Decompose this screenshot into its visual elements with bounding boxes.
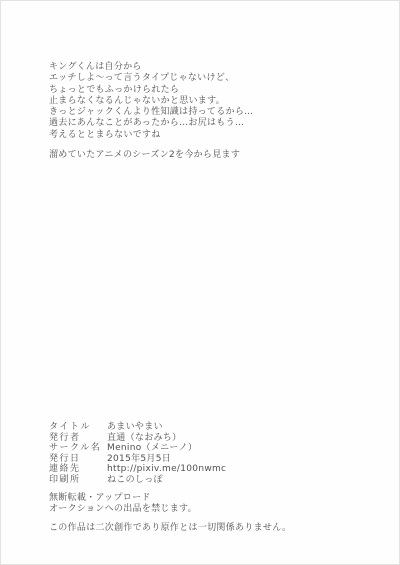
colophon-label: 連絡先	[49, 464, 107, 475]
colophon-row-circle: サークル名 Menino（メニーノ）	[49, 443, 226, 454]
afterword-line: 止まらなくなるんじゃないかと思います。	[49, 96, 253, 107]
reproduction-notice: 無断転載・アップロード オークションへの出品を禁じます。	[49, 493, 197, 515]
colophon-row-title: タイトル あまいやまい	[49, 422, 226, 433]
colophon-value: Menino（メニーノ）	[107, 443, 197, 454]
colophon-label: 発行者	[49, 433, 107, 444]
colophon-label: 発行日	[49, 454, 107, 465]
colophon-row-publisher: 発行者 直通（なおみち）	[49, 433, 226, 444]
colophon-label: サークル名	[49, 443, 107, 454]
colophon-row-date: 発行日 2015年5月5日	[49, 454, 226, 465]
colophon-row-contact: 連絡先 http://pixiv.me/100nwmc	[49, 464, 226, 475]
colophon-row-printer: 印刷所 ねこのしっぽ	[49, 475, 226, 486]
afterword-line: きっとジャックくんより性知識は持ってるから…	[49, 107, 253, 118]
afterword-text-block: キングくんは自分から エッチしよ〜って言うタイプじゃないけど、 ちょっとでもふっ…	[49, 62, 253, 161]
colophon-label: タイトル	[49, 422, 107, 433]
colophon-value: 直通（なおみち）	[107, 433, 181, 444]
afterword-closing-line: 溜めていたアニメのシーズン2を今から見ます	[49, 150, 253, 161]
colophon-table: タイトル あまいやまい 発行者 直通（なおみち） サークル名 Menino（メニ…	[49, 422, 226, 486]
colophon-contact-url: http://pixiv.me/100nwmc	[107, 464, 226, 475]
afterword-line: ちょっとでもふっかけられたら	[49, 85, 253, 96]
colophon-value: あまいやまい	[107, 422, 163, 433]
colophon-value: ねこのしっぽ	[107, 475, 163, 486]
afterword-line: 考えるととまらないですね	[49, 130, 253, 141]
afterword-line: キングくんは自分から	[49, 62, 253, 73]
notice-line: 無断転載・アップロード	[49, 493, 197, 504]
notice-line: オークションへの出品を禁じます。	[49, 504, 197, 515]
scanned-doujinshi-colophon-page: キングくんは自分から エッチしよ〜って言うタイプじゃないけど、 ちょっとでもふっ…	[0, 0, 400, 565]
afterword-line: エッチしよ〜って言うタイプじゃないけど、	[49, 73, 253, 84]
derivative-work-disclaimer: この作品は二次創作であり原作とは一切関係ありません。	[49, 523, 291, 534]
colophon-value: 2015年5月5日	[107, 454, 171, 465]
colophon-label: 印刷所	[49, 475, 107, 486]
afterword-line: 過去にあんなことがあったから…お尻はもう…	[49, 118, 253, 129]
